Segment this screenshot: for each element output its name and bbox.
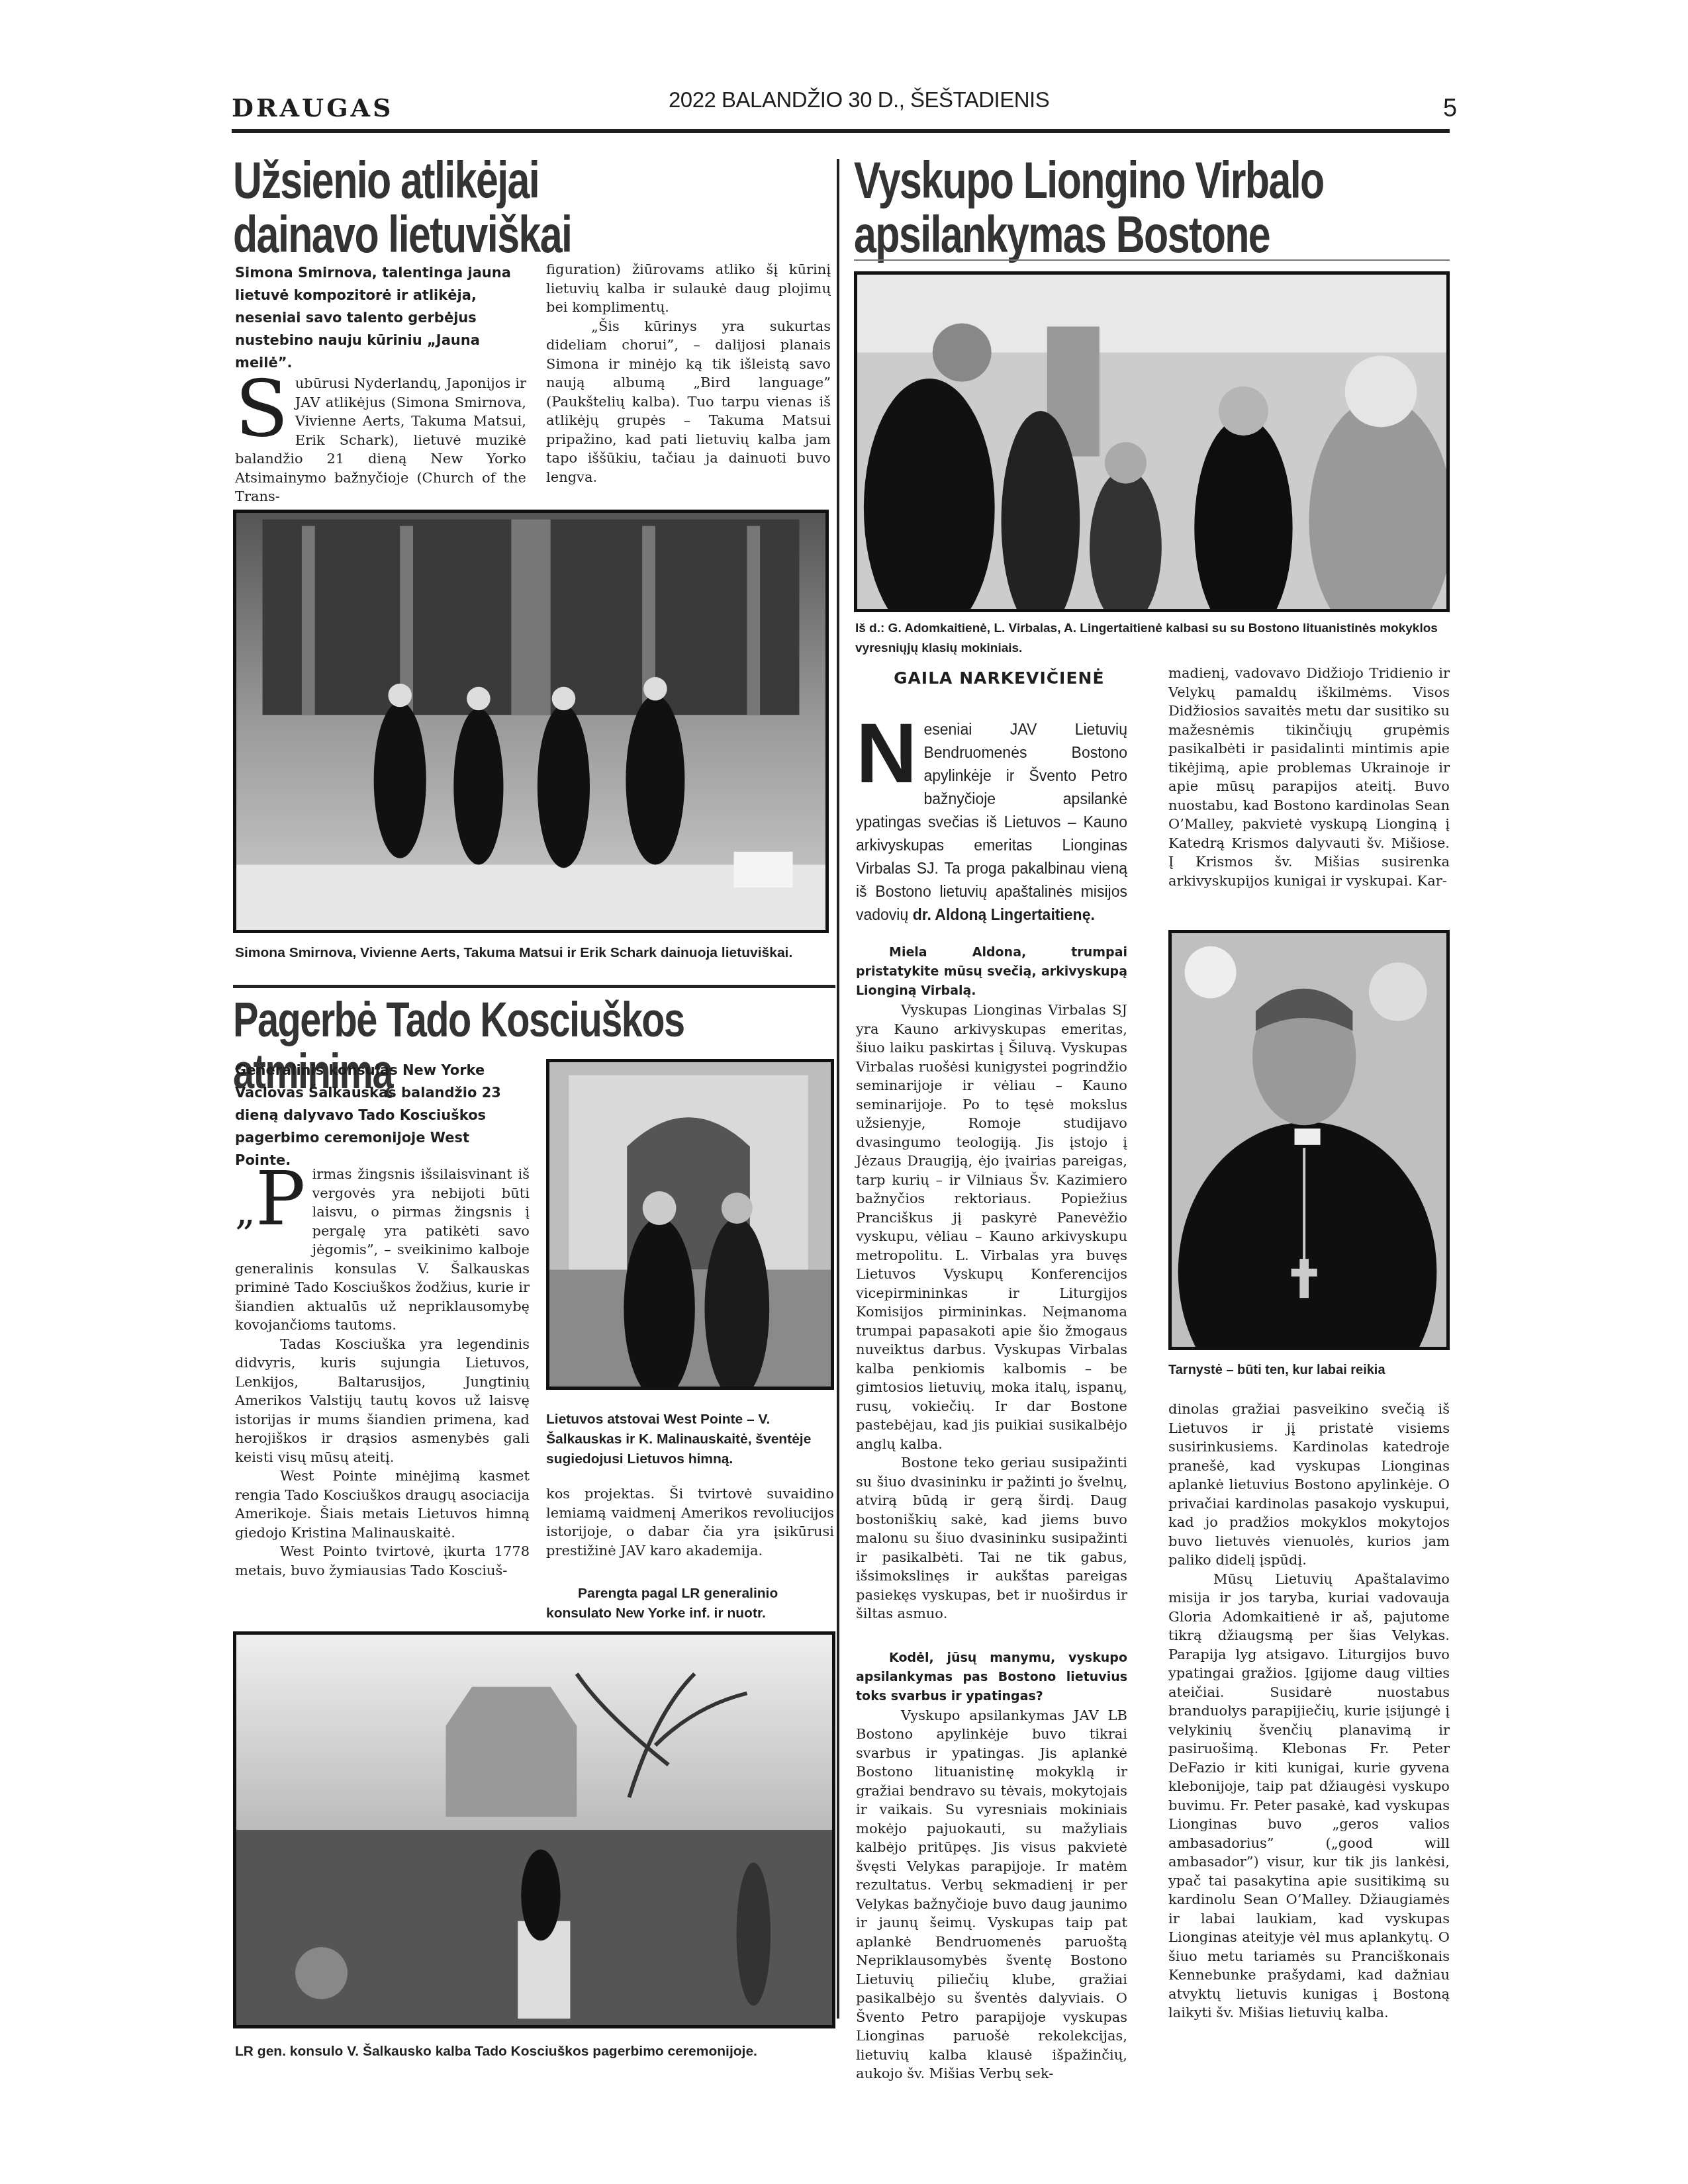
photo-singers-church [233,510,829,933]
interviewee-name: dr. Aldoną Lingertaitienę. [913,906,1095,923]
dropcap-letter: P [256,1156,305,1242]
header-rule [232,129,1450,133]
article2-source-note: Parengta pagal LR generalinio konsulato … [546,1584,834,1623]
paragraph: „P irmas žingsnis išsilaisvinant iš verg… [235,1165,530,1335]
article2-col1: „P irmas žingsnis išsilaisvinant iš verg… [235,1165,530,1580]
article1-photo-caption: Simona Smirnova, Vivienne Aerts, Takuma … [235,943,831,963]
page-number: 5 [1443,95,1457,123]
article3-col3-bottom: dinolas gražiai pasveikino svečią iš Lie… [1168,1400,1450,2023]
paragraph: Vyskupo apsilankymas JAV LB Bostono apyl… [856,1706,1127,2083]
article3-photo2-caption: Tarnystė – būti ten, kur labai reikia [1168,1360,1450,1380]
interview-question: Kodėl, jūsų manymu, vyskupo apsilankymas… [856,1649,1127,1706]
dropcap: „P [235,1167,305,1243]
article1-headline: Užsienio atlikėjai dainavo lietuviškai [233,154,853,262]
paragraph: Tadas Kosciuška yra legendinis didvyris,… [235,1335,530,1467]
headline-line: dainavo lietuviškai [233,208,853,262]
photo-bishop-students [854,271,1450,612]
article3-photo1-caption: Iš d.: G. Adomkaitienė, L. Virbalas, A. … [855,619,1451,659]
article2-col2: kos projektas. Ši tvirtovė suvaidino lem… [546,1484,834,1560]
photo-bishop-portrait [1168,930,1450,1350]
headline-line: apsilankymas Bostone [854,208,1474,262]
headline-line: Vyskupo Liongino Virbalo [854,154,1474,208]
headline-rule [854,259,1450,261]
article3-col2: Miela Aldona, trumpai pristatykite mūsų … [856,943,1127,2083]
paragraph: West Pointo tvirtovė, įkurta 1778 metais… [235,1542,530,1580]
paragraph: Vyskupas Lionginas Virbalas SJ yra Kauno… [856,1001,1127,1453]
photo-consul-singer [546,1059,834,1390]
interview-question: Miela Aldona, trumpai pristatykite mūsų … [856,943,1127,1001]
article3-col3-top: madienį, vadovavo Didžiojo Tridienio ir … [1168,664,1450,890]
paragraph: Bostone teko geriau susipažinti su šiuo … [856,1453,1127,1623]
article3-intro: N eseniai JAV Lietuvių Bendruomenės Bost… [856,718,1127,927]
paragraph: figuration) žiūrovams atliko šį kūrinį l… [546,260,831,317]
article3-headline: Vyskupo Liongino Virbalo apsilankymas Bo… [854,154,1474,262]
dropcap: S [235,377,289,440]
article1-col1: S ubūrusi Nyderlandų, Japonijos ir JAV a… [235,374,526,506]
paragraph: dinolas gražiai pasveikino svečią iš Lie… [1168,1400,1450,1570]
article2-photo2-caption: LR gen. konsulo V. Šalkausko kalba Tado … [235,2042,834,2062]
issue-date: 2022 BALANDŽIO 30 D., ŠEŠTADIENIS [669,87,1049,113]
paragraph: West Pointe minėjimą kasmet rengia Tado … [235,1467,530,1542]
dropcap: N [856,719,917,788]
paragraph: Mūsų Lietuvių Apaštalavimo misija ir jos… [1168,1570,1450,2023]
quote-mark: „ [235,1188,256,1234]
photo-ceremony-podium [233,1631,835,2028]
article1-lede: Simona Smirnova, talentinga jauna lietuv… [235,261,526,374]
article2-lede: Generalinis konsulas New Yorke Vaclovas … [235,1059,530,1171]
section-rule [233,985,835,988]
byline: GAILA NARKEVIČIENĖ [894,668,1105,688]
headline-line: Užsienio atlikėjai [233,154,853,208]
article1-col2: figuration) žiūrovams atliko šį kūrinį l… [546,260,831,486]
masthead: DRAUGAS [232,93,394,122]
article2-photo1-caption: Lietuvos atstovai West Pointe – V. Šalka… [546,1410,834,1469]
paragraph: „Šis kūrinys yra sukurtas dideliam choru… [546,317,831,487]
